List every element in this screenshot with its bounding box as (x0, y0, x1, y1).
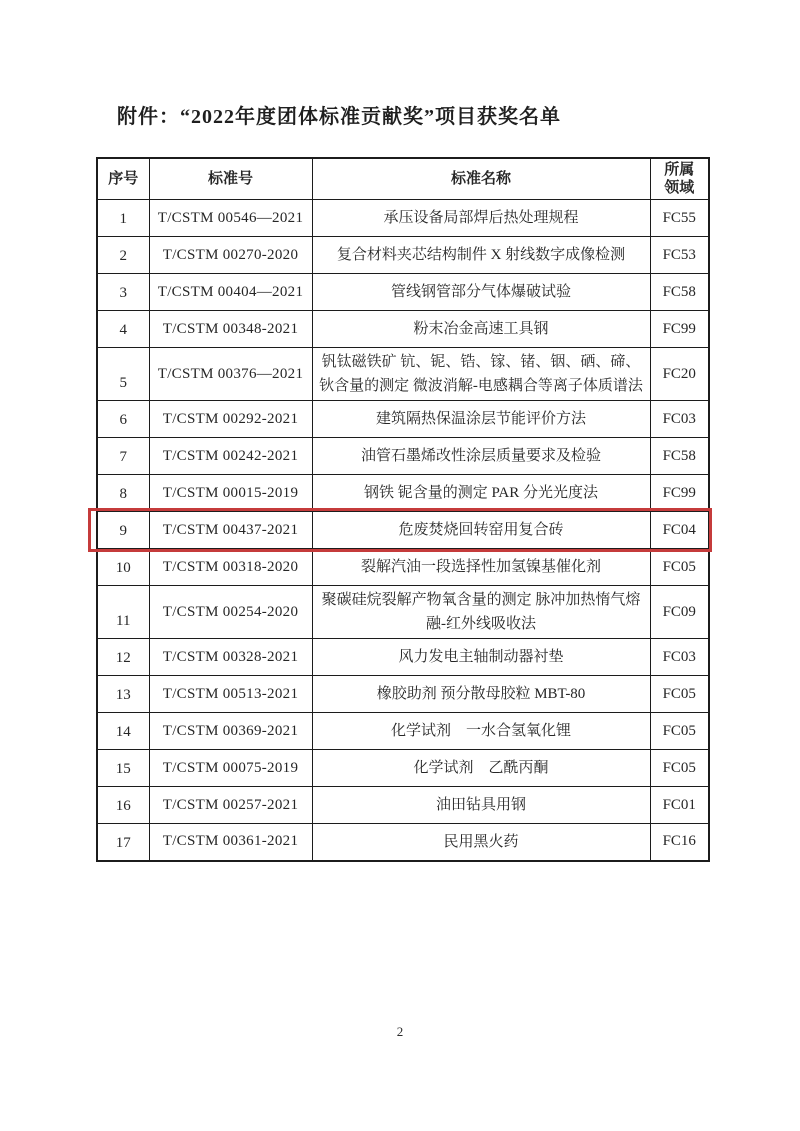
row-number-cell: 4 (97, 311, 149, 348)
standard-number-cell: T/CSTM 00513-2021 (149, 676, 312, 713)
row-number-cell: 17 (97, 824, 149, 861)
standard-name-cell: 钢铁 铌含量的测定 PAR 分光光度法 (312, 475, 650, 512)
standard-name-cell: 复合材料夹芯结构制件 X 射线数字成像检测 (312, 237, 650, 274)
standard-name-cell: 橡胶助剂 预分散母胶粒 MBT-80 (312, 676, 650, 713)
row-number-cell: 13 (97, 676, 149, 713)
row-number-cell: 8 (97, 475, 149, 512)
standard-name-cell: 建筑隔热保温涂层节能评价方法 (312, 401, 650, 438)
standard-number-cell: T/CSTM 00328-2021 (149, 639, 312, 676)
field-code-cell: FC55 (650, 200, 709, 237)
field-code-cell: FC05 (650, 750, 709, 787)
standard-number-cell: T/CSTM 00242-2021 (149, 438, 312, 475)
field-code-cell: FC58 (650, 438, 709, 475)
field-code-cell: FC05 (650, 549, 709, 586)
table-row: 12 T/CSTM 00328-2021 风力发电主轴制动器衬垫 FC03 (97, 639, 709, 676)
row-number-cell: 5 (97, 348, 149, 401)
standard-name-cell: 聚碳硅烷裂解产物氧含量的测定 脉冲加热惰气熔融-红外线吸收法 (312, 586, 650, 639)
field-code-cell: FC03 (650, 639, 709, 676)
field-code-cell: FC20 (650, 348, 709, 401)
table-row: 2 T/CSTM 00270-2020 复合材料夹芯结构制件 X 射线数字成像检… (97, 237, 709, 274)
table-row: 17 T/CSTM 00361-2021 民用黑火药 FC16 (97, 824, 709, 861)
field-code-cell: FC58 (650, 274, 709, 311)
standard-number-cell: T/CSTM 00292-2021 (149, 401, 312, 438)
header-standard-no: 标准号 (149, 158, 312, 200)
row-number-cell: 10 (97, 549, 149, 586)
standard-number-cell: T/CSTM 00257-2021 (149, 787, 312, 824)
table-row: 14 T/CSTM 00369-2021 化学试剂 一水合氢氧化锂 FC05 (97, 713, 709, 750)
field-code-cell: FC09 (650, 586, 709, 639)
row-number-cell: 6 (97, 401, 149, 438)
table-row: 1 T/CSTM 00546—2021 承压设备局部焊后热处理规程 FC55 (97, 200, 709, 237)
field-code-cell: FC53 (650, 237, 709, 274)
table-row: 10 T/CSTM 00318-2020 裂解汽油一段选择性加氢镍基催化剂 FC… (97, 549, 709, 586)
table-row: 13 T/CSTM 00513-2021 橡胶助剂 预分散母胶粒 MBT-80 … (97, 676, 709, 713)
row-number-cell: 1 (97, 200, 149, 237)
table-row: 16 T/CSTM 00257-2021 油田钻具用钢 FC01 (97, 787, 709, 824)
standard-name-cell: 油管石墨烯改性涂层质量要求及检验 (312, 438, 650, 475)
standard-number-cell: T/CSTM 00369-2021 (149, 713, 312, 750)
standard-name-cell: 钒钛磁铁矿 钪、铌、锆、镓、锗、铟、硒、碲、钬含量的测定 微波消解-电感耦合等离… (312, 348, 650, 401)
field-code-cell: FC99 (650, 311, 709, 348)
header-num: 序号 (97, 158, 149, 200)
standard-name-cell: 民用黑火药 (312, 824, 650, 861)
field-code-cell: FC05 (650, 676, 709, 713)
award-table: 序号 标准号 标准名称 所属 领域 1 T/CSTM 00546—2021 承压… (96, 157, 710, 862)
standard-number-cell: T/CSTM 00254-2020 (149, 586, 312, 639)
standard-number-cell: T/CSTM 00015-2019 (149, 475, 312, 512)
standard-name-cell: 油田钻具用钢 (312, 787, 650, 824)
row-number-cell: 16 (97, 787, 149, 824)
standard-number-cell: T/CSTM 00270-2020 (149, 237, 312, 274)
field-code-cell: FC99 (650, 475, 709, 512)
table-row: 11 T/CSTM 00254-2020 聚碳硅烷裂解产物氧含量的测定 脉冲加热… (97, 586, 709, 639)
row-number-cell: 14 (97, 713, 149, 750)
row-number-cell: 15 (97, 750, 149, 787)
standard-number-cell: T/CSTM 00318-2020 (149, 549, 312, 586)
row-number-cell: 12 (97, 639, 149, 676)
page-title: 附件：“2022年度团体标准贡献奖”项目获奖名单 (117, 100, 561, 129)
standard-name-cell: 危废焚烧回转窑用复合砖 (312, 512, 650, 549)
field-code-cell: FC03 (650, 401, 709, 438)
standard-name-cell: 管线钢管部分气体爆破试验 (312, 274, 650, 311)
table-row: 9 T/CSTM 00437-2021 危废焚烧回转窑用复合砖 FC04 (97, 512, 709, 549)
row-number-cell: 7 (97, 438, 149, 475)
table-header-row: 序号 标准号 标准名称 所属 领域 (97, 158, 709, 200)
standard-number-cell: T/CSTM 00361-2021 (149, 824, 312, 861)
row-number-cell: 9 (97, 512, 149, 549)
table-row: 7 T/CSTM 00242-2021 油管石墨烯改性涂层质量要求及检验 FC5… (97, 438, 709, 475)
header-standard-name: 标准名称 (312, 158, 650, 200)
row-number-cell: 3 (97, 274, 149, 311)
standard-number-cell: T/CSTM 00075-2019 (149, 750, 312, 787)
standard-name-cell: 承压设备局部焊后热处理规程 (312, 200, 650, 237)
row-number-cell: 11 (97, 586, 149, 639)
field-code-cell: FC04 (650, 512, 709, 549)
table-row: 8 T/CSTM 00015-2019 钢铁 铌含量的测定 PAR 分光光度法 … (97, 475, 709, 512)
table-row: 6 T/CSTM 00292-2021 建筑隔热保温涂层节能评价方法 FC03 (97, 401, 709, 438)
field-code-cell: FC01 (650, 787, 709, 824)
standard-name-cell: 风力发电主轴制动器衬垫 (312, 639, 650, 676)
field-code-cell: FC05 (650, 713, 709, 750)
field-code-cell: FC16 (650, 824, 709, 861)
standard-number-cell: T/CSTM 00348-2021 (149, 311, 312, 348)
standard-number-cell: T/CSTM 00437-2021 (149, 512, 312, 549)
standard-number-cell: T/CSTM 00404—2021 (149, 274, 312, 311)
table-row: 15 T/CSTM 00075-2019 化学试剂 乙酰丙酮 FC05 (97, 750, 709, 787)
table-row: 5 T/CSTM 00376—2021 钒钛磁铁矿 钪、铌、锆、镓、锗、铟、硒、… (97, 348, 709, 401)
standard-number-cell: T/CSTM 00546—2021 (149, 200, 312, 237)
standard-number-cell: T/CSTM 00376—2021 (149, 348, 312, 401)
header-field: 所属 领域 (650, 158, 709, 200)
standard-name-cell: 化学试剂 乙酰丙酮 (312, 750, 650, 787)
page-number: 2 (0, 1024, 800, 1040)
table-row: 4 T/CSTM 00348-2021 粉末冶金高速工具钢 FC99 (97, 311, 709, 348)
standard-name-cell: 化学试剂 一水合氢氧化锂 (312, 713, 650, 750)
standard-name-cell: 粉末冶金高速工具钢 (312, 311, 650, 348)
row-number-cell: 2 (97, 237, 149, 274)
table-row: 3 T/CSTM 00404—2021 管线钢管部分气体爆破试验 FC58 (97, 274, 709, 311)
standard-name-cell: 裂解汽油一段选择性加氢镍基催化剂 (312, 549, 650, 586)
